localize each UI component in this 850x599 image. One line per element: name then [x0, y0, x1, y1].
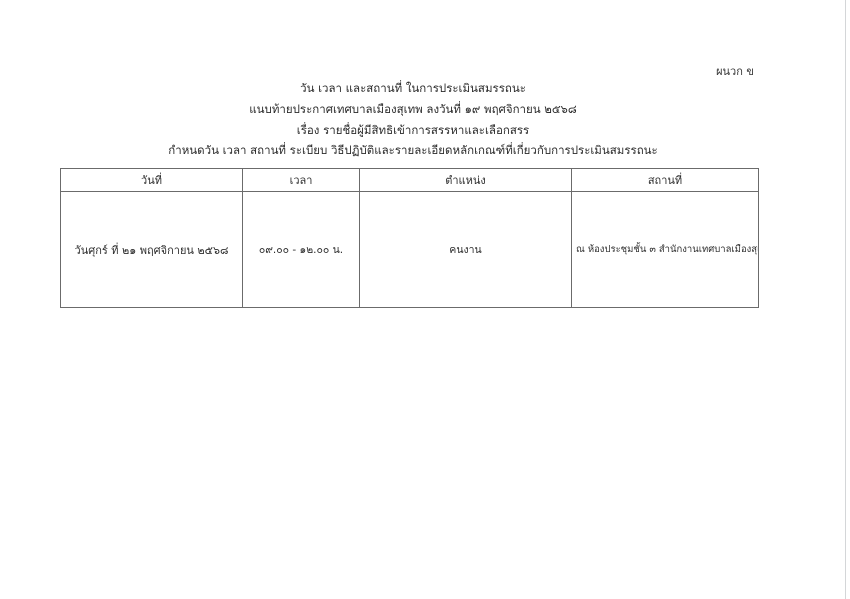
- annex-label: ผนวก ข: [690, 62, 780, 80]
- header-position: ตำแหน่ง: [360, 169, 572, 192]
- header-time: เวลา: [243, 169, 360, 192]
- header-date: วันที่: [61, 169, 243, 192]
- cell-date: วันศุกร์ ที่ ๒๑ พฤศจิกายน ๒๕๖๘: [61, 192, 243, 308]
- document-title: วัน เวลา และสถานที่ ในการประเมินสมรรถนะ: [0, 80, 838, 98]
- announcement-reference: แนบท้ายประกาศเทศบาลเมืองสุเทพ ลงวันที่ ๑…: [0, 101, 838, 119]
- schedule-description: กำหนดวัน เวลา สถานที่ ระเบียบ วิธีปฏิบัต…: [0, 142, 838, 160]
- header-venue: สถานที่: [572, 169, 759, 192]
- table-header-row: วันที่ เวลา ตำแหน่ง สถานที่: [61, 169, 759, 192]
- cell-position: คนงาน: [360, 192, 572, 308]
- page-edge: [845, 0, 846, 599]
- schedule-table: วันที่ เวลา ตำแหน่ง สถานที่ วันศุกร์ ที่…: [60, 168, 759, 308]
- cell-time: ๐๙.๐๐ - ๑๒.๐๐ น.: [243, 192, 360, 308]
- table-row: วันศุกร์ ที่ ๒๑ พฤศจิกายน ๒๕๖๘ ๐๙.๐๐ - ๑…: [61, 192, 759, 308]
- subject-line: เรื่อง รายชื่อผู้มีสิทธิเข้าการสรรหาและเ…: [0, 122, 838, 140]
- cell-venue: ณ ห้องประชุมชั้น ๓ สำนักงานเทศบาลเมืองสุ…: [572, 192, 759, 308]
